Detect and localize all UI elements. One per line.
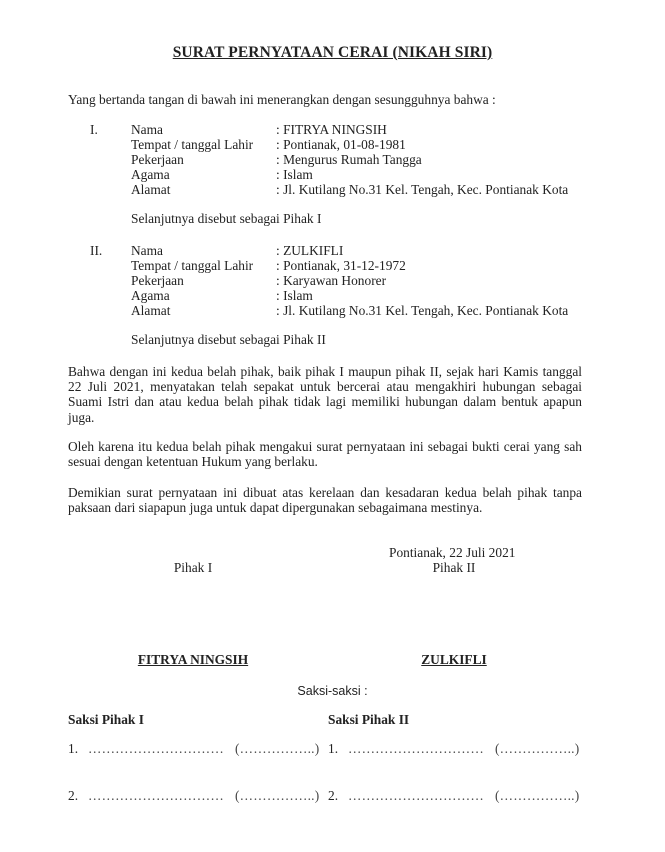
party-1-religion-value: : Islam xyxy=(276,167,313,182)
signature-name-party-1: FITRYA NINGSIH xyxy=(113,652,273,667)
party-1-numeral: I. xyxy=(90,122,98,137)
party-1-address-label: Alamat xyxy=(131,182,170,197)
party-1-birth-label: Tempat / tanggal Lahir xyxy=(131,137,253,152)
witness-2-left-name-line: ………………………… xyxy=(88,788,224,803)
witness-2-left-signature-line: (……………..) xyxy=(235,788,319,803)
witness-1-left-number: 1. xyxy=(68,741,78,756)
party-1-name-value: : FITRYA NINGSIH xyxy=(276,122,387,137)
paragraph-closing: Demikian surat pernyataan ini dibuat ata… xyxy=(68,485,582,515)
signature-name-party-2: ZULKIFLI xyxy=(374,652,534,667)
witness-1-left-signature-line: (……………..) xyxy=(235,741,319,756)
party-1-address-value: : Jl. Kutilang No.31 Kel. Tengah, Kec. P… xyxy=(276,182,568,197)
party-1-job-label: Pekerjaan xyxy=(131,152,184,167)
witness-2-right-number: 2. xyxy=(328,788,338,803)
party-2-birth-value: : Pontianak, 31-12-1972 xyxy=(276,258,406,273)
witness-1-right-signature-line: (……………..) xyxy=(495,741,579,756)
party-2-designation: Selanjutnya disebut sebagai Pihak II xyxy=(131,332,326,347)
party-2-job-value: : Karyawan Honorer xyxy=(276,273,386,288)
witnesses-heading: Saksi-saksi : xyxy=(0,684,665,699)
party-2-name-value: : ZULKIFLI xyxy=(276,243,343,258)
party-1-birth-value: : Pontianak, 01-08-1981 xyxy=(276,137,406,152)
witness-2-right-signature-line: (……………..) xyxy=(495,788,579,803)
document-title: SURAT PERNYATAAN CERAI (NIKAH SIRI) xyxy=(0,45,665,60)
party-2-religion-label: Agama xyxy=(131,288,170,303)
party-2-religion-value: : Islam xyxy=(276,288,313,303)
party-2-numeral: II. xyxy=(90,243,102,258)
witness-party-2-heading: Saksi Pihak II xyxy=(328,712,409,727)
party-1-religion-label: Agama xyxy=(131,167,170,182)
party-2-address-label: Alamat xyxy=(131,303,170,318)
party-1-name-label: Nama xyxy=(131,122,163,137)
party-2-job-label: Pekerjaan xyxy=(131,273,184,288)
place-date: Pontianak, 22 Juli 2021 xyxy=(389,545,515,560)
party-2-address-value: : Jl. Kutilang No.31 Kel. Tengah, Kec. P… xyxy=(276,303,568,318)
witness-1-right-number: 1. xyxy=(328,741,338,756)
party-1-designation: Selanjutnya disebut sebagai Pihak I xyxy=(131,211,321,226)
party-2-birth-label: Tempat / tanggal Lahir xyxy=(131,258,253,273)
witness-1-right-name-line: ………………………… xyxy=(348,741,484,756)
witness-1-left-name-line: ………………………… xyxy=(88,741,224,756)
witness-2-left-number: 2. xyxy=(68,788,78,803)
party-2-name-label: Nama xyxy=(131,243,163,258)
intro-text: Yang bertanda tangan di bawah ini menera… xyxy=(68,92,496,107)
paragraph-agreement: Bahwa dengan ini kedua belah pihak, baik… xyxy=(68,364,582,425)
paragraph-legal-proof: Oleh karena itu kedua belah pihak mengak… xyxy=(68,439,582,469)
witness-2-right-name-line: ………………………… xyxy=(348,788,484,803)
party-1-job-value: : Mengurus Rumah Tangga xyxy=(276,152,422,167)
signature-label-party-2: Pihak II xyxy=(394,560,514,575)
signature-label-party-1: Pihak I xyxy=(133,560,253,575)
witness-party-1-heading: Saksi Pihak I xyxy=(68,712,144,727)
